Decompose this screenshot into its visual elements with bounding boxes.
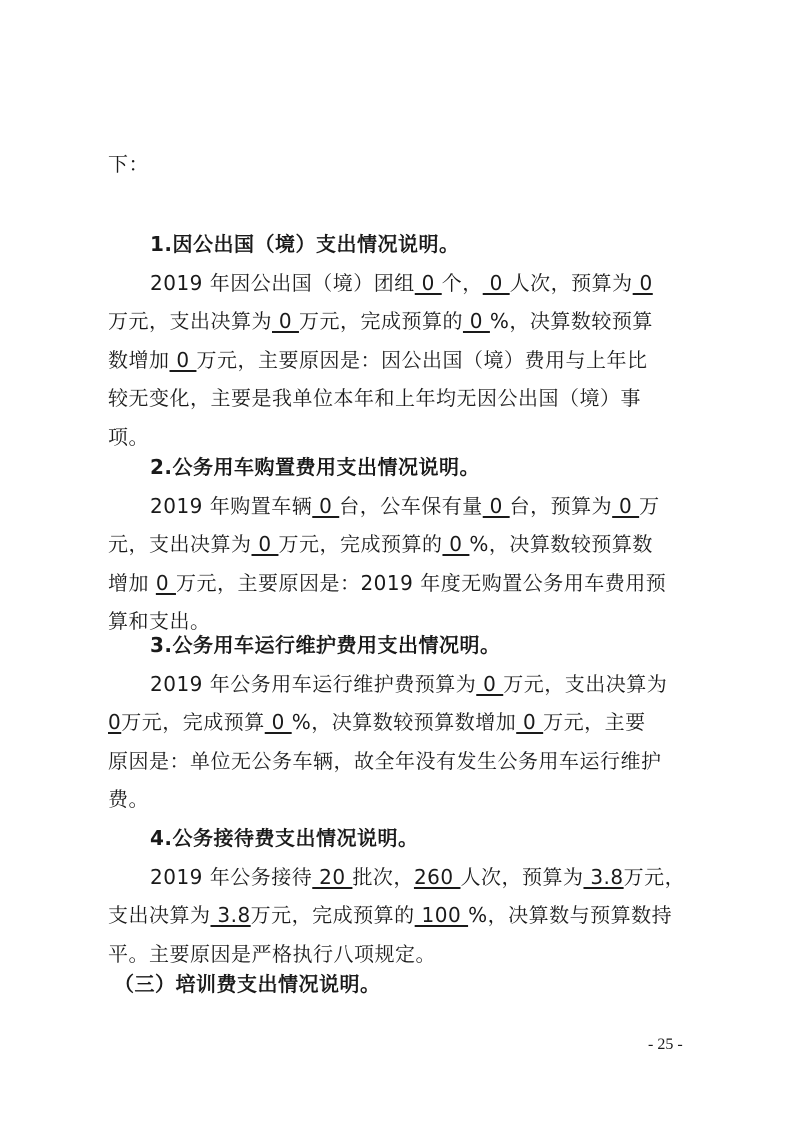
- text-run: 万元，主要原因是：因公出国（境）费用与上年比: [196, 348, 647, 372]
- paragraph-line: 支出决算为 3.8万元，完成预算的 100 %，决算数与预算数持: [108, 903, 672, 927]
- section-heading-training: （三）培训费支出情况说明。: [114, 972, 381, 996]
- text-run: 万元，支出决算为: [108, 309, 272, 333]
- filled-value: 0: [442, 532, 469, 556]
- filled-value: 0: [415, 271, 442, 295]
- text-run: 人次，预算为: [460, 865, 583, 889]
- filled-value: 0: [252, 532, 279, 556]
- text-run: 万元，主要: [543, 710, 646, 734]
- paragraph-line: 元，支出决算为 0 万元，完成预算的 0 %，决算数较预算数: [108, 532, 653, 556]
- text-run: %，决算数较预算数增加: [292, 710, 517, 734]
- filled-value: 0: [612, 494, 639, 518]
- document-page: 下： 1.因公出国（境）支出情况说明。2019 年因公出国（境）团组 0 个， …: [0, 0, 793, 1121]
- filled-value: 0: [483, 271, 510, 295]
- text-run: 增加: [108, 571, 156, 595]
- filled-value: 0: [312, 494, 339, 518]
- text-run: 支出决算为: [108, 903, 211, 927]
- text-run: 批次，: [352, 865, 414, 889]
- section-heading: 2.公务用车购置费用支出情况说明。: [150, 455, 480, 479]
- paragraph-line: 增加 0 万元，主要原因是：2019 年度无购置公务用车费用预: [108, 571, 666, 595]
- filled-value: 0: [265, 710, 292, 734]
- section-heading: 4.公务接待费支出情况说明。: [150, 826, 419, 850]
- text-run: 算和支出。: [108, 609, 211, 633]
- text-run: %，决算数与预算数持: [468, 903, 672, 927]
- section-heading: 1.因公出国（境）支出情况说明。: [150, 232, 460, 256]
- filled-value: 0: [476, 672, 503, 696]
- text-run: 项。: [108, 425, 149, 449]
- text-run: 较无变化，主要是我单位本年和上年均无因公出国（境）事: [108, 386, 641, 410]
- text-run: 万元，完成预算的: [278, 532, 442, 556]
- paragraph-line: 算和支出。: [108, 609, 211, 633]
- text-run: 万: [639, 494, 660, 518]
- paragraph-line: 平。主要原因是严格执行八项规定。: [108, 942, 436, 966]
- text-run: 万元，完成预算的: [251, 903, 415, 927]
- filled-value: 0: [156, 571, 176, 595]
- filled-value: 3.8: [211, 903, 251, 927]
- paragraph-line: 2019 年因公出国（境）团组 0 个， 0 人次，预算为 0: [150, 271, 653, 295]
- filled-value: 0: [483, 494, 510, 518]
- filled-value: 260: [414, 865, 461, 889]
- text-run: 平。主要原因是严格执行八项规定。: [108, 942, 436, 966]
- paragraph-line: 原因是：单位无公务车辆，故全年没有发生公务用车运行维护: [108, 749, 662, 773]
- filled-value: 0: [516, 710, 543, 734]
- text-run: 万元，支出决算为: [503, 672, 667, 696]
- text-run: 元，支出决算为: [108, 532, 252, 556]
- paragraph-line: 项。: [108, 425, 149, 449]
- text-run: 人次，预算为: [510, 271, 633, 295]
- text-run: 2019 年公务用车运行维护费预算为: [150, 672, 476, 696]
- paragraph-line: 0万元，完成预算 0 %，决算数较预算数增加 0 万元，主要: [108, 710, 646, 734]
- filled-value: 0: [272, 309, 299, 333]
- filled-value: 0: [633, 271, 653, 295]
- filled-value: 100: [415, 903, 468, 927]
- text-run: 数增加: [108, 348, 170, 372]
- paragraph-line: 费。: [108, 787, 149, 811]
- text-run: 万元，主要原因是：2019 年度无购置公务用车费用预: [176, 571, 666, 595]
- text-run: 万元，完成预算的: [299, 309, 463, 333]
- filled-value: 20: [312, 865, 352, 889]
- text-run: 个，: [442, 271, 483, 295]
- paragraph-line: 数增加 0 万元，主要原因是：因公出国（境）费用与上年比: [108, 348, 647, 372]
- text-run: 台，预算为: [510, 494, 613, 518]
- text-run: 台，公车保有量: [339, 494, 483, 518]
- section-heading: 3.公务用车运行维护费用支出情况明。: [150, 633, 501, 657]
- text-run: %，决算数较预算数: [469, 532, 653, 556]
- filled-value: 0: [463, 309, 490, 333]
- lead-text: 下：: [108, 152, 149, 176]
- text-run: 费。: [108, 787, 149, 811]
- filled-value: 0: [170, 348, 197, 372]
- text-run: 2019 年公务接待: [150, 865, 312, 889]
- paragraph-line: 2019 年公务用车运行维护费预算为 0 万元，支出决算为: [150, 672, 667, 696]
- text-run: 万元，: [624, 865, 686, 889]
- page-number: - 25 -: [648, 1036, 683, 1054]
- text-run: 原因是：单位无公务车辆，故全年没有发生公务用车运行维护: [108, 749, 662, 773]
- text-run: 2019 年购置车辆: [150, 494, 312, 518]
- paragraph-line: 2019 年公务接待 20 批次，260 人次，预算为 3.8万元，: [150, 865, 685, 889]
- text-run: %，决算数较预算: [490, 309, 653, 333]
- paragraph-line: 较无变化，主要是我单位本年和上年均无因公出国（境）事: [108, 386, 641, 410]
- paragraph-line: 万元，支出决算为 0 万元，完成预算的 0 %，决算数较预算: [108, 309, 653, 333]
- paragraph-line: 2019 年购置车辆 0 台，公车保有量 0 台，预算为 0 万: [150, 494, 660, 518]
- text-run: 2019 年因公出国（境）团组: [150, 271, 415, 295]
- filled-value: 3.8: [583, 865, 623, 889]
- text-run: 万元，完成预算: [121, 710, 265, 734]
- filled-value: 0: [108, 710, 121, 734]
